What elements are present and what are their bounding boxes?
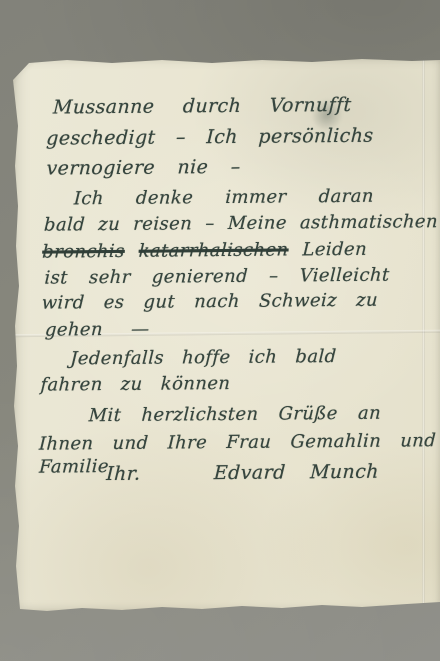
handwritten-line: gehen —	[45, 319, 150, 341]
handwritten-line: wird es gut nach Schweiz zu	[41, 290, 378, 314]
photo-backdrop: Mussanne durch Vornufftgeschedigt – Ich …	[0, 0, 440, 661]
handwritten-line: fahren zu können	[40, 373, 231, 396]
handwritten-text: Familie	[39, 456, 110, 478]
handwritten-text: wird es gut nach Schweiz zu	[41, 290, 378, 314]
handwritten-line: geschedigt – Ich persönlichs	[46, 125, 374, 150]
handwritten-text: Jedenfalls hoffe ich bald	[70, 346, 337, 369]
handwritten-text: Ihnen und Ihre Frau Gemahlin und	[38, 430, 436, 454]
struck-out-word: bronchis	[42, 241, 125, 263]
handwritten-line: Ich denke immer daran	[73, 186, 374, 210]
handwritten-text: geschedigt – Ich persönlichs	[46, 125, 374, 150]
handwritten-line: Ihr. Edvard Munch	[106, 461, 380, 485]
handwritten-line: Familie	[39, 456, 110, 478]
handwritten-text: Leiden	[302, 239, 367, 261]
handwritten-line: bald zu reisen – Meine asthmatischen	[44, 211, 439, 235]
handwritten-text: Mit herzlichsten Grüße an	[88, 403, 381, 427]
handwritten-line: vernogiere nie –	[46, 156, 241, 180]
handwritten-line: bronchiskatarrhalischenLeiden	[42, 239, 368, 263]
handwritten-line: Jedenfalls hoffe ich bald	[70, 346, 337, 369]
letter-text: Mussanne durch Vornufftgeschedigt – Ich …	[10, 54, 440, 614]
handwritten-text: gehen —	[45, 319, 150, 341]
letter-paper: Mussanne durch Vornufftgeschedigt – Ich …	[12, 56, 440, 612]
handwritten-line: ist sehr genierend – Vielleicht	[44, 265, 390, 289]
handwritten-line: Mussanne durch Vornufft	[53, 94, 353, 119]
handwritten-line: Ihnen und Ihre Frau Gemahlin und	[38, 430, 436, 454]
handwritten-text: vernogiere nie –	[46, 156, 241, 180]
handwritten-text: Ich denke immer daran	[73, 186, 374, 210]
handwritten-text: Ihr. Edvard Munch	[106, 461, 380, 485]
struck-out-word: katarrhalischen	[138, 239, 289, 261]
handwritten-text: bald zu reisen – Meine asthmatischen	[44, 211, 439, 235]
handwritten-line: Mit herzlichsten Grüße an	[88, 403, 381, 427]
handwritten-text: fahren zu können	[40, 373, 231, 396]
handwritten-text: Mussanne durch Vornufft	[53, 94, 353, 119]
handwritten-text: ist sehr genierend – Vielleicht	[44, 265, 390, 289]
